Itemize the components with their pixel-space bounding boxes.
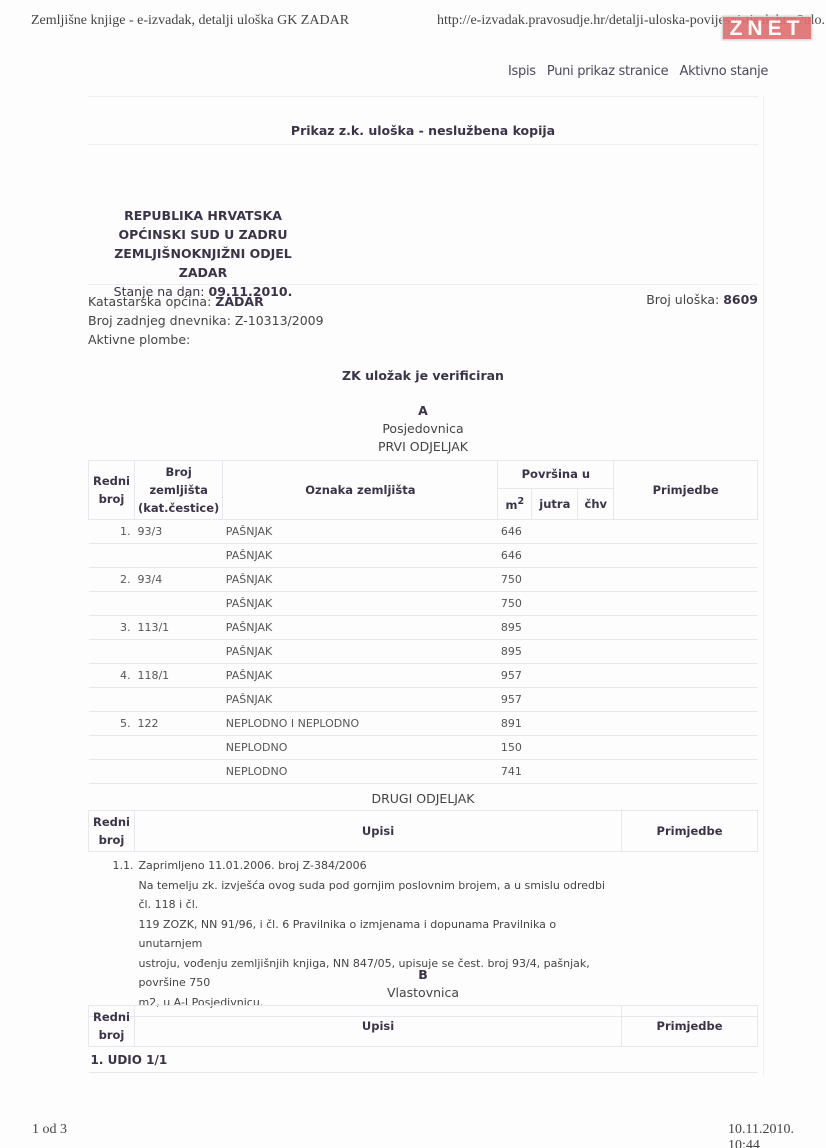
section-b-heading: B Vlastovnica [88, 966, 758, 1002]
folio-label: Broj uloška: [646, 292, 719, 307]
table-row: 4.118/1PAŠNJAK957 [89, 664, 758, 688]
row-broj [134, 544, 222, 568]
verified-status: ZK uložak je verificiran [88, 368, 758, 383]
row-jutra [532, 688, 578, 712]
second-part-title: DRUGI ODJELJAK [88, 790, 758, 808]
page-border [763, 96, 764, 1076]
row-broj [134, 640, 222, 664]
col-primjedbe: Primjedbe [622, 811, 758, 852]
row-m2: 895 [498, 616, 532, 640]
row-chv [578, 592, 614, 616]
row-primjedbe [614, 640, 758, 664]
row-jutra [532, 736, 578, 760]
row-redni [89, 760, 135, 784]
col-povrsina: Površina u [498, 461, 614, 489]
row-jutra [532, 568, 578, 592]
col-chv: čhv [578, 488, 614, 519]
row-redni: 3. [89, 616, 135, 640]
row-oznaka: PAŠNJAK [223, 592, 498, 616]
section-a-letter: A [88, 402, 758, 420]
row-jutra [532, 592, 578, 616]
first-part-table: Rednibroj Broj zemljišta(kat.čestice) Oz… [88, 460, 758, 784]
cadastral-municipality: Katastarska općina: ZADAR [88, 292, 324, 311]
table-row: PAŠNJAK895 [89, 640, 758, 664]
row-primjedbe [614, 736, 758, 760]
table-row: 1.93/3PAŠNJAK646 [89, 520, 758, 544]
row-m2: 646 [498, 520, 532, 544]
row-m2: 646 [498, 544, 532, 568]
col-primjedbe: Primjedbe [614, 461, 758, 520]
court-line-3: ZEMLJIŠNOKNJIŽNI ODJEL ZADAR [88, 244, 318, 282]
last-journal-number: Broj zadnjeg dnevnika: Z-10313/2009 [88, 311, 324, 330]
share-row: 1. UDIO 1/1 [89, 1047, 758, 1073]
row-jutra [532, 616, 578, 640]
row-broj: 93/3 [134, 520, 222, 544]
col-primjedbe: Primjedbe [622, 1006, 758, 1047]
row-broj: 113/1 [134, 616, 222, 640]
table-row: 5.122NEPLODNO I NEPLODNO891 [89, 712, 758, 736]
row-m2: 891 [498, 712, 532, 736]
row-jutra [532, 544, 578, 568]
journal-value: Z-10313/2009 [235, 313, 324, 328]
col-oznaka: Oznaka zemljišta [223, 461, 498, 520]
folio-number: Broj uloška: 8609 [646, 292, 758, 307]
ownership-table: Rednibroj Upisi Primjedbe 1. UDIO 1/1 [88, 1005, 758, 1073]
row-redni: 1. [89, 520, 135, 544]
divider [88, 284, 758, 285]
row-chv [578, 568, 614, 592]
col-redni-broj: Rednibroj [89, 461, 135, 520]
full-view-link[interactable]: Puni prikaz stranice [547, 64, 668, 79]
row-oznaka: PAŠNJAK [223, 688, 498, 712]
row-chv [578, 736, 614, 760]
row-redni: 4. [89, 664, 135, 688]
divider [88, 96, 758, 97]
row-m2: 895 [498, 640, 532, 664]
row-broj [134, 736, 222, 760]
table-row: 1. UDIO 1/1 [89, 1047, 758, 1073]
watermark-logo: ZNET [722, 16, 812, 40]
document-body: Prikaz z.k. uloška - neslužbena kopija R… [88, 96, 758, 1076]
row-broj [134, 688, 222, 712]
row-broj [134, 760, 222, 784]
row-oznaka: NEPLODNO [223, 760, 498, 784]
row-redni [89, 544, 135, 568]
row-chv [578, 520, 614, 544]
document-title: Prikaz z.k. uloška - neslužbena kopija [88, 123, 758, 138]
row-broj: 93/4 [134, 568, 222, 592]
table-row: PAŠNJAK750 [89, 592, 758, 616]
row-oznaka: PAŠNJAK [223, 640, 498, 664]
row-primjedbe [614, 568, 758, 592]
row-primjedbe [614, 544, 758, 568]
print-page-title: Zemljišne knjige - e-izvadak, detalji ul… [31, 13, 349, 29]
row-redni: 5. [89, 712, 135, 736]
row-primjedbe [614, 712, 758, 736]
row-primjedbe [614, 664, 758, 688]
first-part-title: PRVI ODJELJAK [88, 438, 758, 456]
court-line-2: OPĆINSKI SUD U ZADRU [88, 225, 318, 244]
row-chv [578, 640, 614, 664]
col-redni-broj: Rednibroj [89, 811, 135, 852]
cadastral-value: ZADAR [215, 294, 263, 309]
row-redni [89, 592, 135, 616]
row-primjedbe [614, 616, 758, 640]
row-m2: 741 [498, 760, 532, 784]
court-block: REPUBLIKA HRVATSKA OPĆINSKI SUD U ZADRU … [88, 206, 318, 301]
row-jutra [532, 640, 578, 664]
row-jutra [532, 712, 578, 736]
row-m2: 150 [498, 736, 532, 760]
table-row: 3.113/1PAŠNJAK895 [89, 616, 758, 640]
col-upisi: Upisi [134, 1006, 621, 1047]
row-jutra [532, 664, 578, 688]
row-m2: 957 [498, 664, 532, 688]
top-nav: Ispis Puni prikaz stranice Aktivno stanj… [508, 64, 775, 79]
row-primjedbe [614, 688, 758, 712]
row-chv [578, 760, 614, 784]
col-m2: m2 [498, 488, 532, 519]
row-chv [578, 616, 614, 640]
row-redni [89, 688, 135, 712]
section-b-name: Vlastovnica [88, 984, 758, 1002]
row-oznaka: PAŠNJAK [223, 568, 498, 592]
row-oznaka: PAŠNJAK [223, 664, 498, 688]
section-a-name: Posjedovnica [88, 420, 758, 438]
journal-label: Broj zadnjeg dnevnika: [88, 313, 231, 328]
table-row: NEPLODNO150 [89, 736, 758, 760]
row-primjedbe [614, 592, 758, 616]
court-line-1: REPUBLIKA HRVATSKA [88, 206, 318, 225]
active-state-link[interactable]: Aktivno stanje [679, 64, 768, 79]
row-oznaka: PAŠNJAK [223, 616, 498, 640]
metadata-left: Katastarska općina: ZADAR Broj zadnjeg d… [88, 292, 324, 349]
row-primjedbe [614, 760, 758, 784]
row-m2: 750 [498, 592, 532, 616]
row-oznaka: NEPLODNO [223, 736, 498, 760]
row-broj: 122 [134, 712, 222, 736]
col-redni-broj: Rednibroj [89, 1006, 135, 1047]
section-a-heading: A Posjedovnica PRVI ODJELJAK [88, 402, 758, 456]
seals-label: Aktivne plombe: [88, 332, 190, 347]
print-datetime: 10.11.2010. 10:44 [728, 1122, 826, 1148]
table-row: NEPLODNO741 [89, 760, 758, 784]
row-redni [89, 736, 135, 760]
row-chv [578, 544, 614, 568]
col-jutra: jutra [532, 488, 578, 519]
row-chv [578, 712, 614, 736]
table-row: PAŠNJAK646 [89, 544, 758, 568]
row-jutra [532, 520, 578, 544]
row-redni [89, 640, 135, 664]
print-page-number: 1 od 3 [32, 1122, 67, 1138]
col-broj-zemljista: Broj zemljišta(kat.čestice) [134, 461, 222, 520]
active-seals: Aktivne plombe: [88, 330, 324, 349]
row-m2: 750 [498, 568, 532, 592]
folio-value: 8609 [723, 292, 758, 307]
row-jutra [532, 760, 578, 784]
row-broj: 118/1 [134, 664, 222, 688]
row-redni: 2. [89, 568, 135, 592]
row-primjedbe [614, 520, 758, 544]
section-b-letter: B [88, 966, 758, 984]
divider [88, 144, 758, 145]
row-chv [578, 664, 614, 688]
row-broj [134, 592, 222, 616]
table-row: PAŠNJAK957 [89, 688, 758, 712]
table-row: 2.93/4PAŠNJAK750 [89, 568, 758, 592]
row-oznaka: PAŠNJAK [223, 544, 498, 568]
row-chv [578, 688, 614, 712]
cadastral-label: Katastarska općina: [88, 294, 211, 309]
row-oznaka: NEPLODNO I NEPLODNO [223, 712, 498, 736]
col-upisi: Upisi [134, 811, 621, 852]
print-link[interactable]: Ispis [508, 64, 536, 79]
row-m2: 957 [498, 688, 532, 712]
row-oznaka: PAŠNJAK [223, 520, 498, 544]
